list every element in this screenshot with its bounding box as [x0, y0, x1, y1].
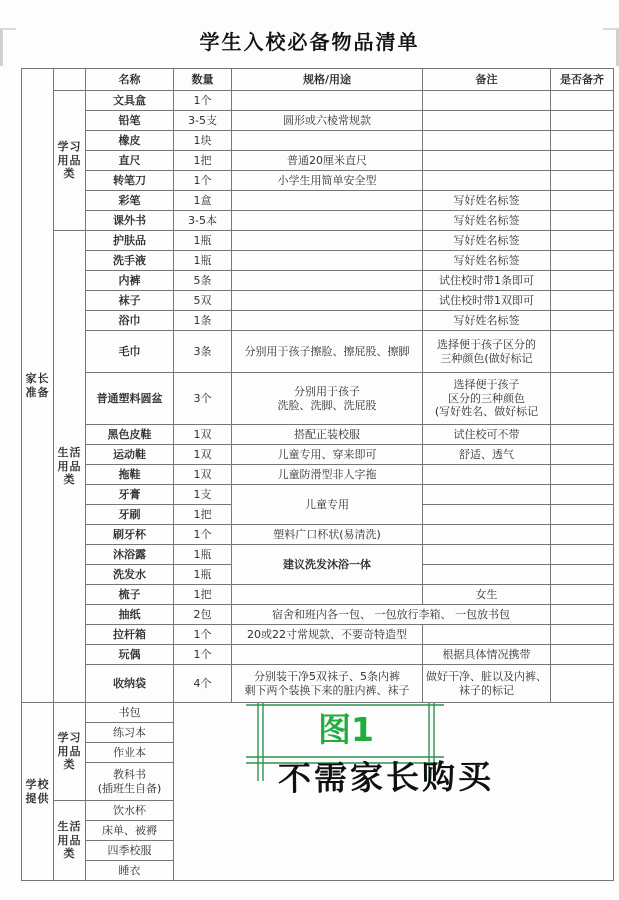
item-name-cell: 牙膏	[86, 485, 174, 505]
item-qty-cell: 1双	[174, 425, 232, 445]
item-row: 袜子 5双 试住校时带1双即可	[22, 291, 614, 311]
item-check-cell	[551, 311, 614, 331]
item-spec-cell: 儿童防滑型非人字拖	[232, 465, 423, 485]
item-spec-cell: 分别装干净5双袜子、5条内裤 剩下两个装换下来的脏内裤、袜子	[232, 665, 423, 703]
item-name-cell: 洗发水	[86, 565, 174, 585]
item-note-cell	[423, 111, 551, 131]
col-header-note: 备注	[423, 69, 551, 91]
col-header-qty: 数量	[174, 69, 232, 91]
item-name-cell: 牙刷	[86, 505, 174, 525]
page-title: 学生入校必备物品清单	[0, 26, 619, 55]
item-spec-cell	[232, 271, 423, 291]
item-row: 黑色皮鞋 1双 搭配正装校服 试住校可不带	[22, 425, 614, 445]
item-check-cell	[551, 465, 614, 485]
document-page: 学生入校必备物品清单 家长 准备 名称 数量 规格/用途 备注 是否备齐 学习 …	[0, 0, 619, 900]
item-note-cell: 写好姓名标签	[423, 231, 551, 251]
category-cell-school-study: 学习 用品 类	[54, 703, 86, 801]
item-row: 铅笔 3-5支 圆形或六棱常规款	[22, 111, 614, 131]
item-check-cell	[551, 373, 614, 425]
item-name-cell: 转笔刀	[86, 171, 174, 191]
item-qty-cell: 1双	[174, 465, 232, 485]
item-check-cell	[551, 251, 614, 271]
item-name-cell: 睡衣	[86, 861, 174, 881]
item-spec-cell	[232, 191, 423, 211]
item-name-cell: 袜子	[86, 291, 174, 311]
item-check-cell	[551, 131, 614, 151]
item-row: 生活 用品 类 护肤品 1瓶 写好姓名标签	[22, 231, 614, 251]
item-check-cell	[551, 565, 614, 585]
item-check-cell	[551, 545, 614, 565]
item-row: 刷牙杯 1个 塑料广口杯状(易清洗)	[22, 525, 614, 545]
item-qty-cell: 1把	[174, 505, 232, 525]
item-check-cell	[551, 645, 614, 665]
item-name-cell: 床单、被褥	[86, 821, 174, 841]
item-spec-cell: 塑料广口杯状(易清洗)	[232, 525, 423, 545]
item-name-cell: 刷牙杯	[86, 525, 174, 545]
item-spec-cell-merged: 儿童专用	[232, 485, 423, 525]
item-name-cell: 浴巾	[86, 311, 174, 331]
item-name-cell: 玩偶	[86, 645, 174, 665]
item-name-cell: 洗手液	[86, 251, 174, 271]
item-note-cell: 做好干净、脏以及内裤、 袜子的标记	[423, 665, 551, 703]
item-row: 直尺 1把 普通20厘米直尺	[22, 151, 614, 171]
item-row: 运动鞋 1双 儿童专用、穿来即可 舒适、透气	[22, 445, 614, 465]
item-row: 学习 用品 类 文具盒 1个	[22, 91, 614, 111]
item-qty-cell: 3-5支	[174, 111, 232, 131]
item-note-cell	[423, 131, 551, 151]
item-note-cell	[423, 505, 551, 525]
item-qty-cell: 1瓶	[174, 565, 232, 585]
item-note-cell	[423, 565, 551, 585]
item-check-cell	[551, 665, 614, 703]
item-name-cell: 内裤	[86, 271, 174, 291]
item-spec-cell: 搭配正装校服	[232, 425, 423, 445]
item-name-cell: 普通塑料圆盆	[86, 373, 174, 425]
items-table: 家长 准备 名称 数量 规格/用途 备注 是否备齐 学习 用品 类 文具盒 1个…	[21, 68, 614, 881]
header-row: 家长 准备 名称 数量 规格/用途 备注 是否备齐	[22, 69, 614, 91]
item-note-cell	[423, 91, 551, 111]
item-spec-cell: 普通20厘米直尺	[232, 151, 423, 171]
item-note-cell	[423, 545, 551, 565]
item-qty-cell: 2包	[174, 605, 232, 625]
item-qty-cell: 1盒	[174, 191, 232, 211]
item-name-cell: 拉杆箱	[86, 625, 174, 645]
item-check-cell	[551, 231, 614, 251]
item-spec-cell	[232, 211, 423, 231]
item-name-cell: 运动鞋	[86, 445, 174, 465]
item-name-cell: 毛巾	[86, 331, 174, 373]
item-note-cell: 选择便于孩子区分的 三种颜色(做好标记	[423, 331, 551, 373]
item-note-cell: 女生	[423, 585, 551, 605]
item-qty-cell: 1瓶	[174, 545, 232, 565]
item-name-cell: 文具盒	[86, 91, 174, 111]
item-check-cell	[551, 445, 614, 465]
item-row: 拉杆箱 1个 20或22寸常规款、不要奇特造型	[22, 625, 614, 645]
item-check-cell	[551, 91, 614, 111]
item-qty-cell: 1个	[174, 625, 232, 645]
item-name-cell: 铅笔	[86, 111, 174, 131]
item-qty-cell: 1个	[174, 645, 232, 665]
item-row: 玩偶 1个 根据具体情况携带	[22, 645, 614, 665]
item-note-cell: 写好姓名标签	[423, 191, 551, 211]
item-name-cell: 抽纸	[86, 605, 174, 625]
item-qty-cell: 1个	[174, 525, 232, 545]
item-row: 洗手液 1瓶 写好姓名标签	[22, 251, 614, 271]
item-spec-cell: 20或22寸常规款、不要奇特造型	[232, 625, 423, 645]
item-spec-cell-merged: 建议洗发沐浴一体	[232, 545, 423, 585]
item-spec-cell: 分别用于孩子 洗脸、洗脚、洗屁股	[232, 373, 423, 425]
col-header-spec: 规格/用途	[232, 69, 423, 91]
item-spec-cell: 分别用于孩子擦脸、擦屁股、擦脚	[232, 331, 423, 373]
item-spec-cell	[232, 645, 423, 665]
item-row: 毛巾 3条 分别用于孩子擦脸、擦屁股、擦脚 选择便于孩子区分的 三种颜色(做好标…	[22, 331, 614, 373]
item-qty-cell: 1个	[174, 91, 232, 111]
item-name-cell: 沐浴露	[86, 545, 174, 565]
item-spec-cell	[232, 291, 423, 311]
item-check-cell	[551, 211, 614, 231]
item-check-cell	[551, 485, 614, 505]
item-check-cell	[551, 505, 614, 525]
item-name-cell: 饮水杯	[86, 801, 174, 821]
item-name-cell: 收纳袋	[86, 665, 174, 703]
item-check-cell	[551, 525, 614, 545]
item-name-cell: 拖鞋	[86, 465, 174, 485]
item-check-cell	[551, 151, 614, 171]
item-spec-cell	[232, 311, 423, 331]
item-qty-cell: 3个	[174, 373, 232, 425]
col-header-check: 是否备齐	[551, 69, 614, 91]
item-row: 彩笔 1盒 写好姓名标签	[22, 191, 614, 211]
item-check-cell	[551, 331, 614, 373]
item-check-cell	[551, 171, 614, 191]
item-check-cell	[551, 291, 614, 311]
item-qty-cell: 3-5本	[174, 211, 232, 231]
item-spec-cell	[232, 91, 423, 111]
item-name-cell: 教科书 (插班生自备)	[86, 763, 174, 801]
item-row: 牙膏 1支 儿童专用	[22, 485, 614, 505]
item-spec-cell	[232, 585, 423, 605]
item-row: 橡皮 1块	[22, 131, 614, 151]
item-note-cell	[423, 625, 551, 645]
item-check-cell	[551, 585, 614, 605]
item-spec-cell	[232, 231, 423, 251]
col-header-name: 名称	[86, 69, 174, 91]
item-spec-note-cell-merged: 宿舍和班内各一包、 一包放行李箱、 一包放书包	[232, 605, 551, 625]
provider-cell-school: 学校 提供	[22, 703, 54, 881]
item-note-cell	[423, 465, 551, 485]
item-qty-cell: 5双	[174, 291, 232, 311]
item-qty-cell: 1瓶	[174, 251, 232, 271]
item-name-cell: 梳子	[86, 585, 174, 605]
item-row: 普通塑料圆盆 3个 分别用于孩子 洗脸、洗脚、洗屁股 选择便于孩子 区分的三种颜…	[22, 373, 614, 425]
item-check-cell	[551, 605, 614, 625]
item-spec-cell	[232, 251, 423, 271]
item-name-cell: 四季校服	[86, 841, 174, 861]
item-row: 学校 提供 学习 用品 类 书包	[22, 703, 614, 723]
item-row: 浴巾 1条 写好姓名标签	[22, 311, 614, 331]
item-qty-cell: 1双	[174, 445, 232, 465]
item-qty-cell: 1支	[174, 485, 232, 505]
item-note-cell	[423, 485, 551, 505]
item-check-cell	[551, 111, 614, 131]
item-name-cell: 橡皮	[86, 131, 174, 151]
item-note-cell: 试住校时带1条即可	[423, 271, 551, 291]
item-qty-cell: 1瓶	[174, 231, 232, 251]
item-row: 课外书 3-5本 写好姓名标签	[22, 211, 614, 231]
item-note-cell: 写好姓名标签	[423, 311, 551, 331]
item-note-cell	[423, 151, 551, 171]
item-note-cell: 写好姓名标签	[423, 251, 551, 271]
category-cell-study: 学习 用品 类	[54, 91, 86, 231]
item-name-cell: 课外书	[86, 211, 174, 231]
item-name-cell: 护肤品	[86, 231, 174, 251]
item-name-cell: 书包	[86, 703, 174, 723]
item-row: 梳子 1把 女生	[22, 585, 614, 605]
item-note-cell: 根据具体情况携带	[423, 645, 551, 665]
item-qty-cell: 4个	[174, 665, 232, 703]
item-note-cell	[423, 171, 551, 191]
blank-cell	[54, 69, 86, 91]
category-cell-life: 生活 用品 类	[54, 231, 86, 703]
item-qty-cell: 3条	[174, 331, 232, 373]
item-row: 沐浴露 1瓶 建议洗发沐浴一体	[22, 545, 614, 565]
figure-label: 图1	[246, 709, 446, 750]
item-spec-cell: 小学生用简单安全型	[232, 171, 423, 191]
item-row: 内裤 5条 试住校时带1条即可	[22, 271, 614, 291]
item-note-cell: 试住校时带1双即可	[423, 291, 551, 311]
item-note-cell	[423, 525, 551, 545]
item-spec-cell: 圆形或六棱常规款	[232, 111, 423, 131]
provider-cell-parent: 家长 准备	[22, 69, 54, 703]
item-name-cell: 黑色皮鞋	[86, 425, 174, 445]
item-qty-cell: 1块	[174, 131, 232, 151]
school-note-cell: 图1 不需家长购买	[174, 703, 614, 881]
item-row: 抽纸 2包 宿舍和班内各一包、 一包放行李箱、 一包放书包	[22, 605, 614, 625]
item-qty-cell: 5条	[174, 271, 232, 291]
no-purchase-note: 不需家长购买	[278, 756, 494, 800]
item-note-cell: 试住校可不带	[423, 425, 551, 445]
item-qty-cell: 1个	[174, 171, 232, 191]
item-spec-cell	[232, 131, 423, 151]
item-qty-cell: 1把	[174, 151, 232, 171]
item-name-cell: 彩笔	[86, 191, 174, 211]
category-cell-school-life: 生活 用品 类	[54, 801, 86, 881]
item-check-cell	[551, 191, 614, 211]
item-check-cell	[551, 425, 614, 445]
item-row: 拖鞋 1双 儿童防滑型非人字拖	[22, 465, 614, 485]
item-qty-cell: 1把	[174, 585, 232, 605]
item-note-cell: 舒适、透气	[423, 445, 551, 465]
item-name-cell: 练习本	[86, 723, 174, 743]
item-spec-cell: 儿童专用、穿来即可	[232, 445, 423, 465]
item-check-cell	[551, 271, 614, 291]
item-qty-cell: 1条	[174, 311, 232, 331]
item-note-cell: 写好姓名标签	[423, 211, 551, 231]
item-note-cell: 选择便于孩子 区分的三种颜色 (写好姓名、做好标记	[423, 373, 551, 425]
item-row: 转笔刀 1个 小学生用简单安全型	[22, 171, 614, 191]
item-row: 收纳袋 4个 分别装干净5双袜子、5条内裤 剩下两个装换下来的脏内裤、袜子 做好…	[22, 665, 614, 703]
item-check-cell	[551, 625, 614, 645]
item-name-cell: 直尺	[86, 151, 174, 171]
item-name-cell: 作业本	[86, 743, 174, 763]
